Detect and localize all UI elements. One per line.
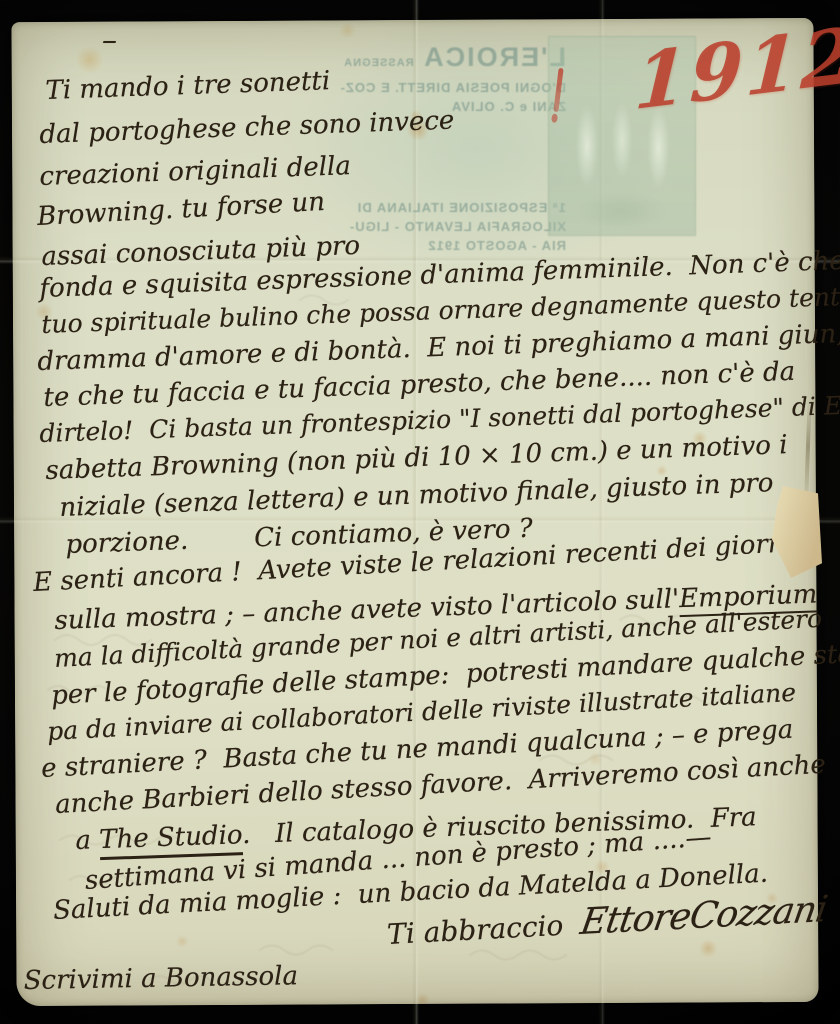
letter-line: Browning. tu forse un [36,187,325,232]
the-studio-underline: The Studio [99,820,243,860]
letter-photograph: L'EROICA RASSEGNA D'OGNI POESIA DIRETT. … [0,0,840,1024]
signature: EttoreCozzani [579,895,829,938]
letter-line: Ti mando i tre sonetti [45,66,331,106]
handwritten-text: – Ti mando i tre sonetti dal portoghese … [0,0,840,1024]
letter-line: – [102,26,117,56]
letter-line: creazioni originali della [39,151,351,192]
letter-line: dal portoghese che sono invece [39,106,455,150]
postscript-line: Scrivimi a Bonassola [23,961,298,996]
